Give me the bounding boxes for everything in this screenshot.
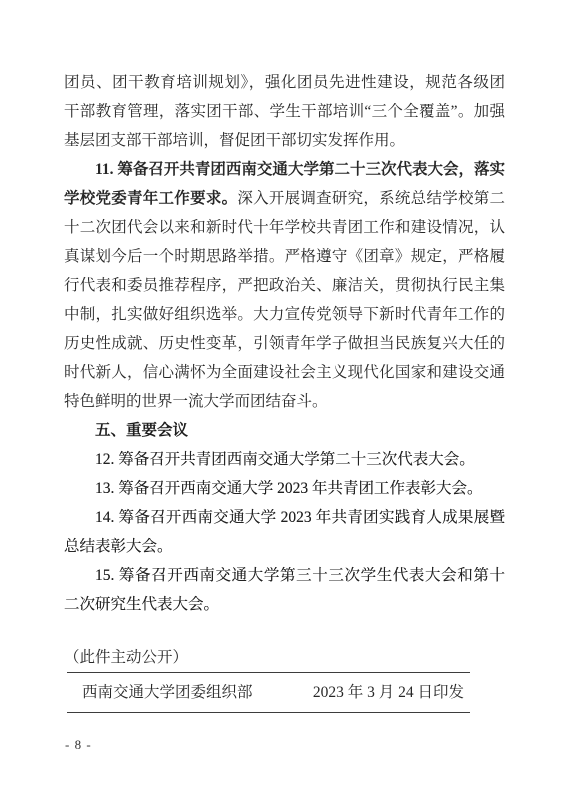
page-number: - 8 -	[65, 738, 505, 752]
issuing-department: 西南交通大学团委组织部	[82, 678, 253, 707]
task-item-11-body: 深入开展调查研究，系统总结学校第二十二次团代会以来和新时代十年学校共青团工作和建…	[64, 190, 505, 410]
task-item-11: 11. 筹备召开共青团西南交通大学第二十三次代表大会，落实学校党委青年工作要求。…	[64, 155, 505, 416]
document-body: 团员、团干教育培训规划》，强化团员先进性建设，规范各级团干部教育管理，落实团干部…	[64, 68, 505, 619]
meeting-item-15: 15. 筹备召开西南交通大学第三十三次学生代表大会和第十二次研究生代表大会。	[64, 561, 505, 619]
meeting-item-14: 14. 筹备召开西南交通大学 2023 年共青团实践育人成果展暨总结表彰大会。	[64, 503, 505, 561]
issuance-footer: 西南交通大学团委组织部 2023 年 3 月 24 日印发	[67, 672, 470, 713]
disclosure-note: （此件主动公开）	[64, 643, 505, 672]
page-footer-block: （此件主动公开） 西南交通大学团委组织部 2023 年 3 月 24 日印发 -…	[64, 643, 505, 752]
body-paragraph-continued: 团员、团干教育培训规划》，强化团员先进性建设，规范各级团干部教育管理，落实团干部…	[64, 68, 505, 155]
print-date: 2023 年 3 月 24 日印发	[313, 678, 464, 707]
section-heading-important-meetings: 五、重要会议	[64, 416, 505, 445]
document-page: 团员、团干教育培训规划》，强化团员先进性建设，规范各级团干部教育管理，落实团干部…	[0, 0, 566, 800]
meeting-item-12: 12. 筹备召开共青团西南交通大学第二十三次代表大会。	[64, 445, 505, 474]
meeting-item-13: 13. 筹备召开西南交通大学 2023 年共青团工作表彰大会。	[64, 474, 505, 503]
